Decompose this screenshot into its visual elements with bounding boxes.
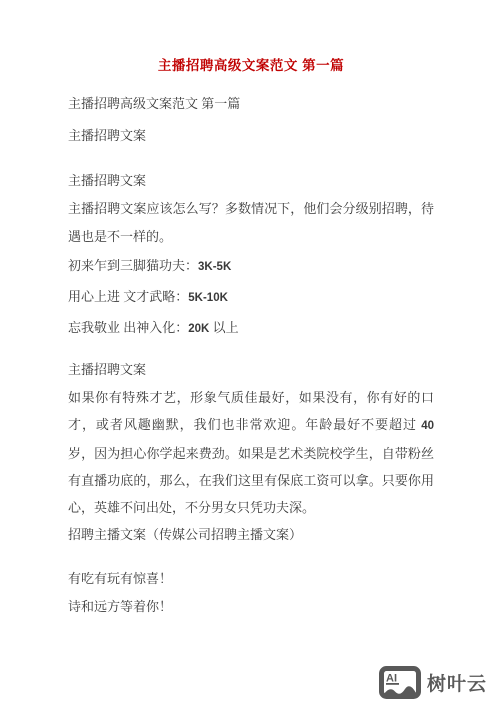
watermark: AI 树叶云 (379, 666, 487, 699)
section-heading-2: 主播招聘文案 (68, 167, 434, 195)
document-title: 主播招聘高级文案范文 第一篇 (68, 56, 434, 76)
tier-suffix: 以上 (209, 320, 238, 335)
slogan-line: 诗和远方等着你！ (68, 593, 434, 621)
tier-label: 忘我敬业 出神入化： (68, 320, 188, 335)
ai-image-icon: AI (379, 666, 421, 699)
salary-tier-row: 初来乍到三脚猫功夫：3K-5K (68, 251, 434, 282)
document-subtitle: 主播招聘高级文案范文 第一篇 (68, 90, 434, 118)
tier-label: 用心上进 文才武略： (68, 289, 188, 304)
ai-icon-label: AI (386, 673, 397, 685)
age-limit-value: 40 (421, 420, 434, 432)
section-heading-3: 主播招聘文案 (68, 356, 434, 384)
requirements-paragraph: 如果你有特殊才艺，形象气质佳最好，如果没有，你有好的口才，或者风趣幽默，我们也非… (68, 384, 434, 521)
slogan-line: 有吃有玩有惊喜！ (68, 565, 434, 593)
salary-tier-row: 忘我敬业 出神入化：20K 以上 (68, 313, 434, 344)
section-heading-1: 主播招聘文案 (68, 122, 434, 150)
tier-label: 初来乍到三脚猫功夫： (68, 258, 198, 273)
tier-value: 20K (188, 323, 209, 335)
requirements-text: 如果你有特殊才艺，形象气质佳最好，如果没有，你有好的口才，或者风趣幽默，我们也非… (68, 390, 434, 432)
tier-value: 3K-5K (198, 261, 231, 273)
watermark-brand-text: 树叶云 (427, 669, 487, 696)
alt-heading: 招聘主播文案（传媒公司招聘主播文案） (68, 521, 434, 549)
tier-value: 5K-10K (188, 292, 228, 304)
salary-tier-row: 用心上进 文才武略：5K-10K (68, 282, 434, 313)
intro-paragraph: 主播招聘文案应该怎么写？多数情况下，他们会分级别招聘，待遇也是不一样的。 (68, 195, 434, 251)
document-page: 主播招聘高级文案范文 第一篇 主播招聘高级文案范文 第一篇 主播招聘文案 主播招… (0, 0, 500, 707)
requirements-text: 岁，因为担心你学起来费劲。如果是艺术类院校学生，自带粉丝有直播功底的，那么，在我… (68, 446, 434, 515)
document-content: 主播招聘高级文案范文 第一篇 主播招聘高级文案范文 第一篇 主播招聘文案 主播招… (0, 0, 500, 621)
